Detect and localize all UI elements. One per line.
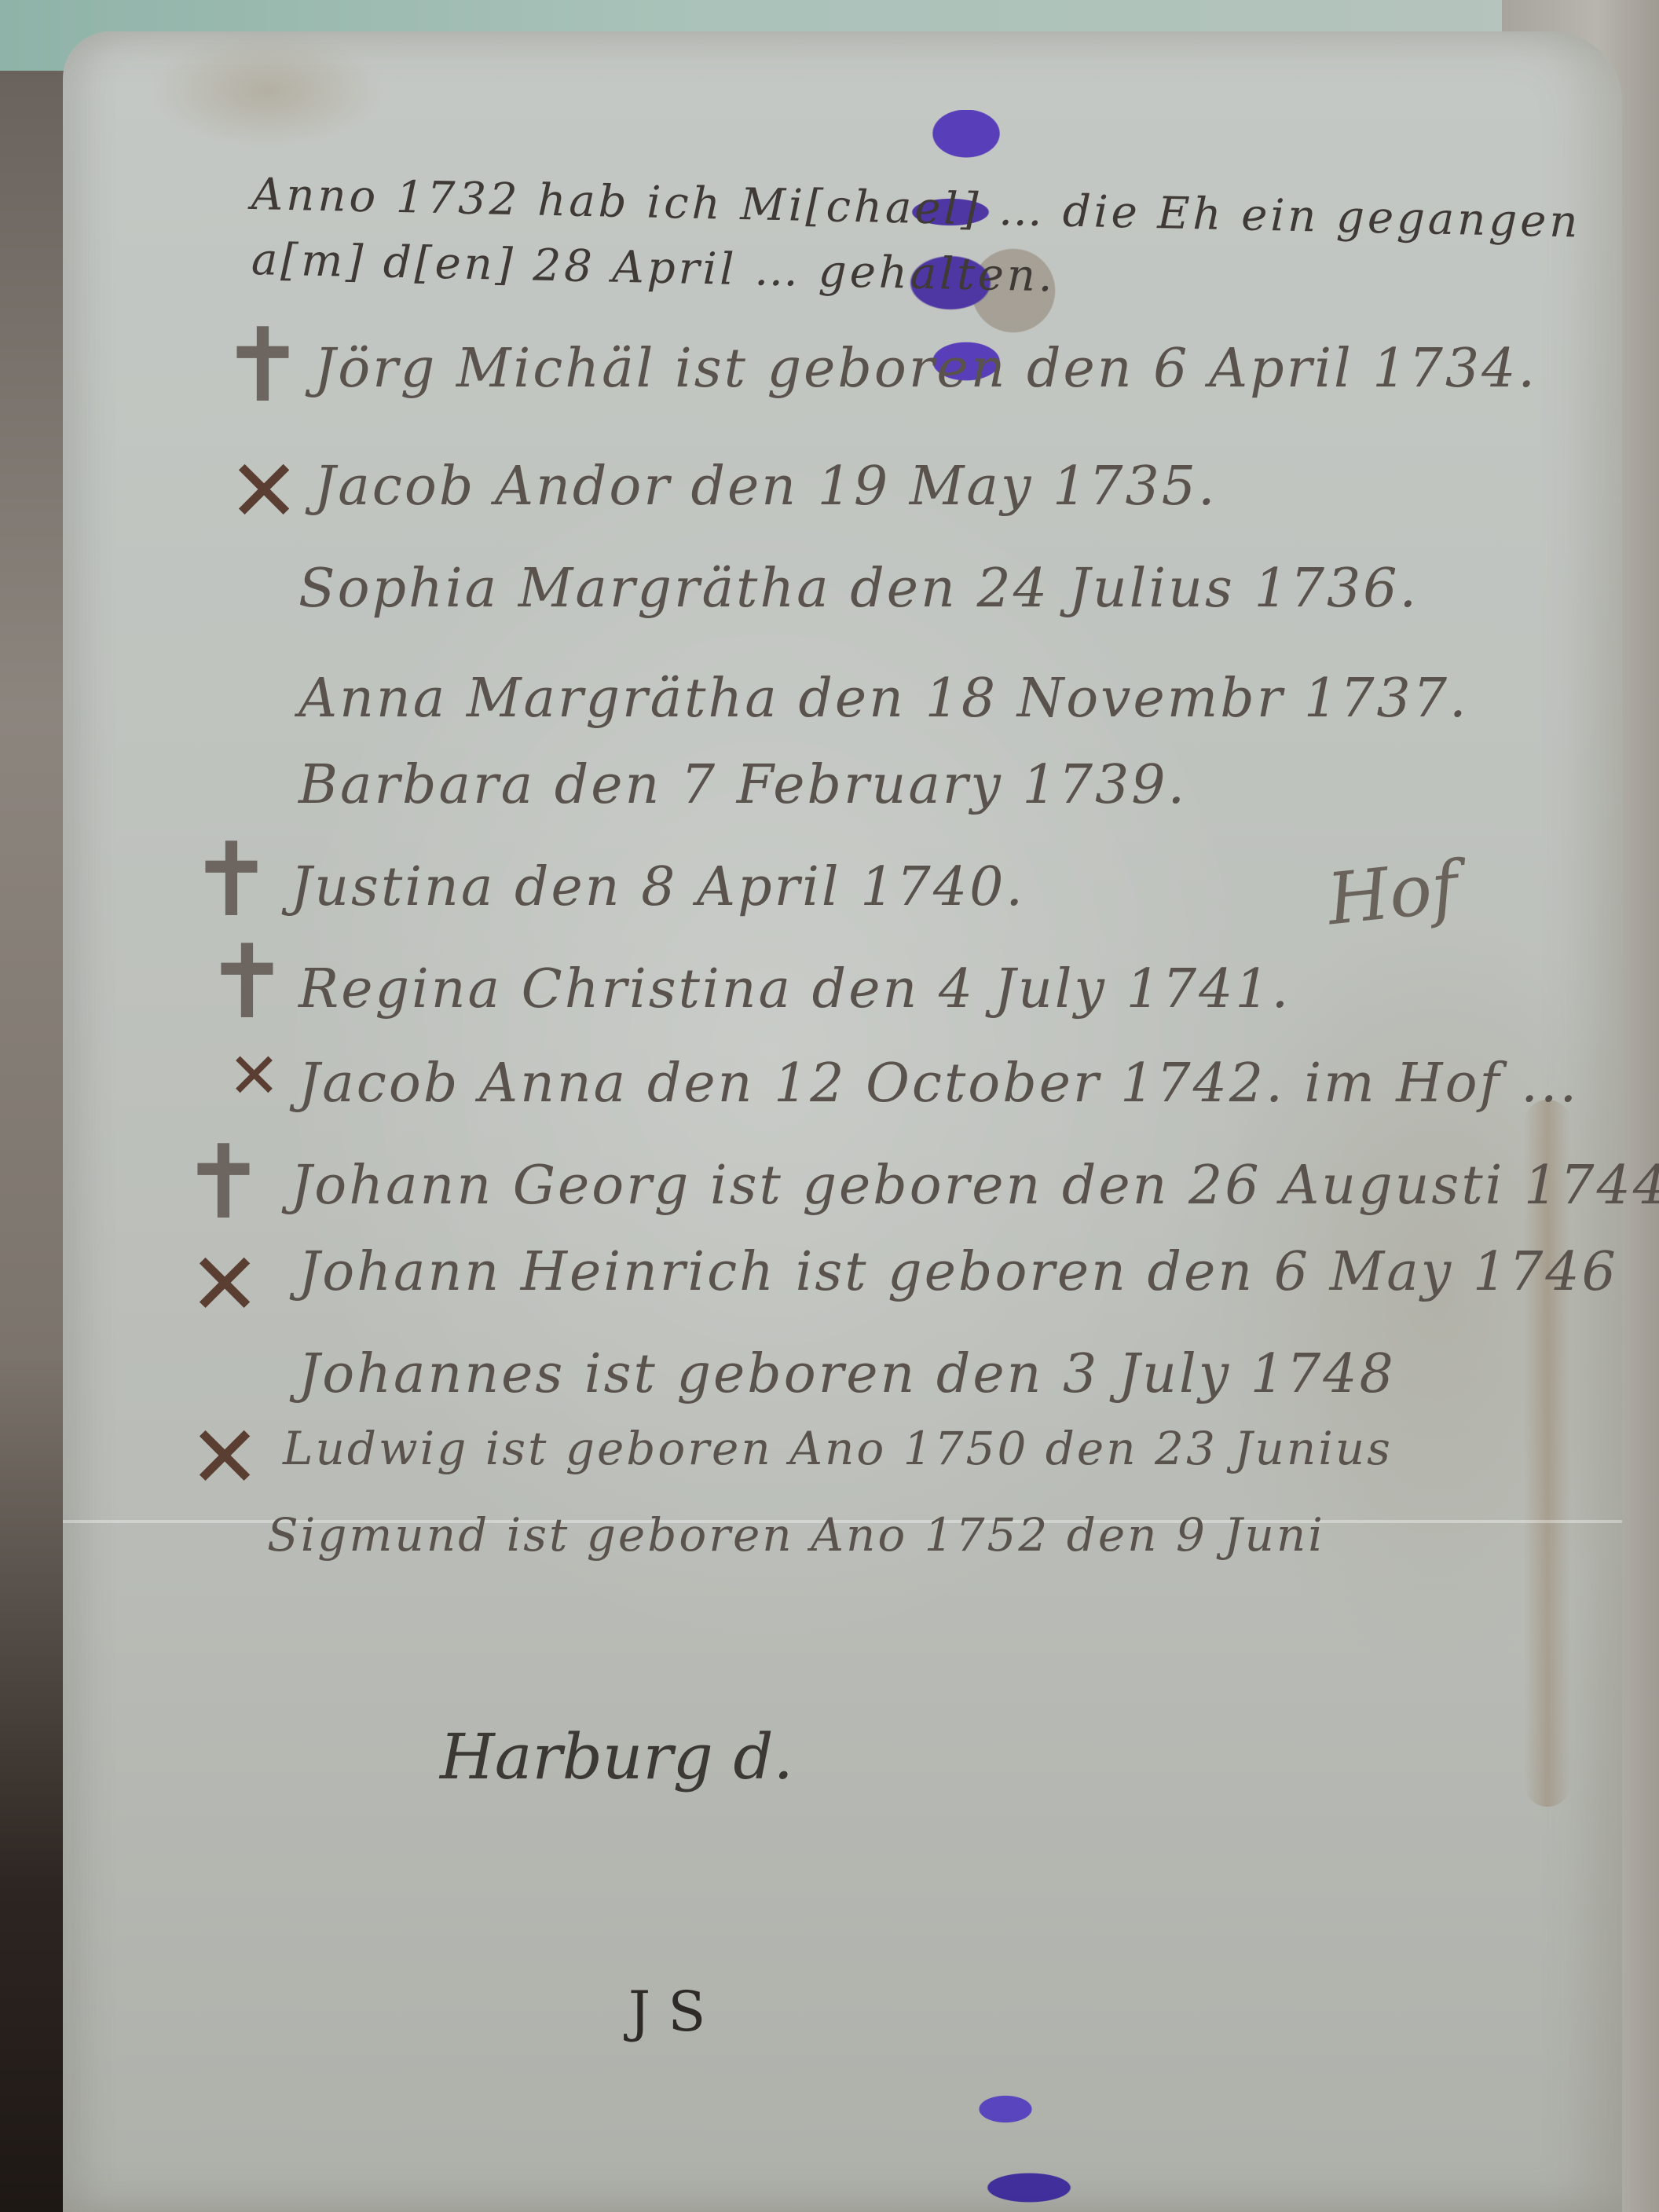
entry-text: Johannes ist geboren den 3 July 1748 <box>298 1343 1396 1405</box>
cross-icon: ✝ <box>181 1131 266 1233</box>
entry-text: Regina Christina den 4 July 1741. <box>298 958 1291 1020</box>
header-line-1: Anno 1732 hab ich Mi[chael] … die Eh ein… <box>251 169 1524 247</box>
entry-text: Johann Heinrich ist geboren den 6 May 17… <box>298 1241 1618 1303</box>
cross-icon: ✝ <box>220 314 306 416</box>
entry-text: Jacob Anna den 12 October 1742. im Hof .… <box>298 1053 1579 1115</box>
x-mark-icon: ✕ <box>228 1045 280 1108</box>
entry-text: Anna Margrätha den 18 Novembr 1737. <box>298 668 1469 730</box>
x-mark-icon: ✕ <box>228 448 300 534</box>
background-table-edge <box>0 71 71 2212</box>
entry-text: Ludwig ist geboren Ano 1750 den 23 Juniu… <box>283 1422 1393 1475</box>
entry-text: Justina den 8 April 1740. <box>291 856 1025 918</box>
ink-stamp-bottom <box>911 2074 1115 2212</box>
entry-text: Sigmund ist geboren Ano 1752 den 9 Juni <box>267 1508 1325 1562</box>
x-mark-icon: ✕ <box>189 1241 261 1328</box>
x-mark-icon: ✕ <box>189 1414 261 1500</box>
entry-text: Johann Georg ist geboren den 26 Augusti … <box>291 1155 1659 1217</box>
document-header: Anno 1732 hab ich Mi[chael] … die Eh ein… <box>251 169 1524 299</box>
water-stain <box>149 31 385 149</box>
cross-icon: ✝ <box>189 829 274 931</box>
entry-text: Barbara den 7 February 1739. <box>298 754 1187 816</box>
pen-scribbles: J S <box>628 1979 705 2044</box>
signature: Harburg d. <box>440 1720 793 1793</box>
cross-icon: ✝ <box>204 931 290 1033</box>
entry-text: Jacob Andor den 19 May 1735. <box>314 456 1218 518</box>
margin-note: Hof <box>1324 846 1462 942</box>
entry-text: Jörg Michäl ist geboren den 6 April 1734… <box>314 338 1537 400</box>
entry-text: Sophia Margrätha den 24 Julius 1736. <box>298 558 1419 620</box>
